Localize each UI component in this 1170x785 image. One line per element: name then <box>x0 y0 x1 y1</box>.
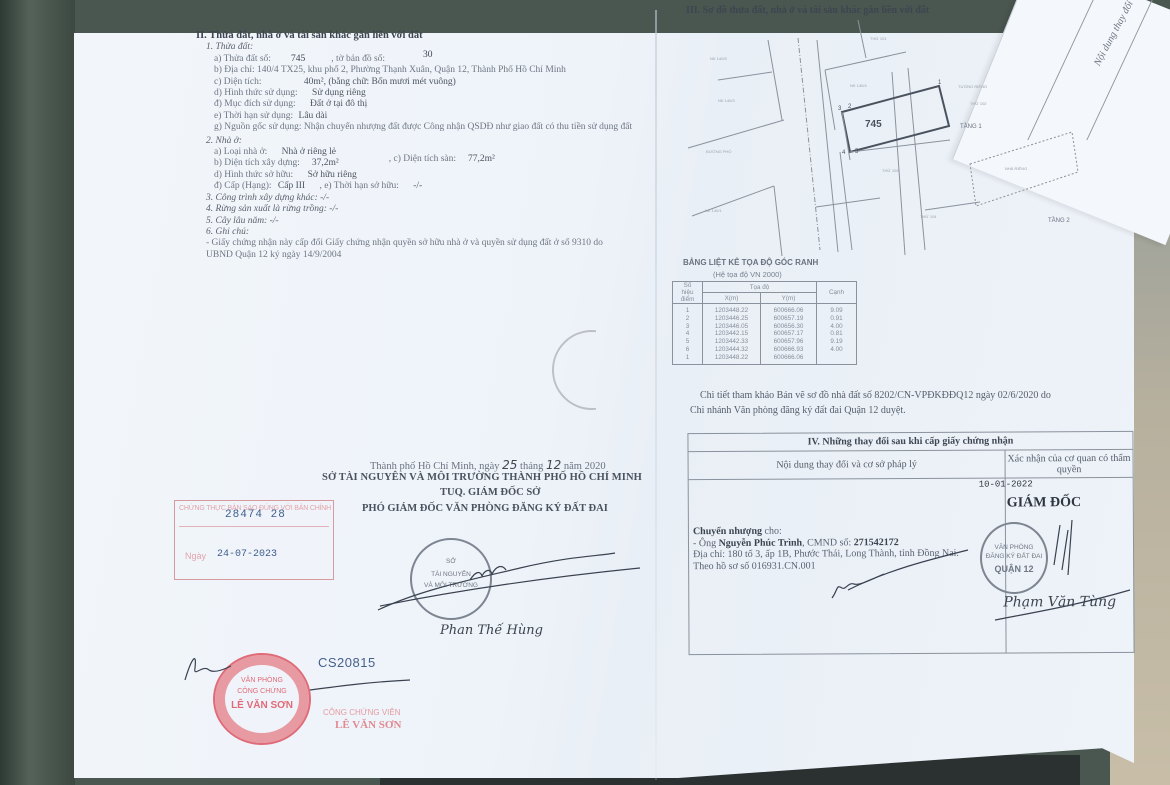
ownership-label: d) Hình thức sở hữu: <box>214 170 293 180</box>
term-label: e) Thời hạn sử dụng: <box>214 111 293 121</box>
signing-date: Thành phố Hồ Chí Minh, ngày 25 tháng 12 … <box>370 458 606 472</box>
area-row: c) Diện tích: 40m², (bằng chữ: Bốn mươi … <box>196 77 636 88</box>
address-label: b) Địa chỉ: <box>214 65 255 75</box>
term-value: Lâu dài <box>299 111 328 121</box>
coord-cell-point: 4 <box>673 330 703 338</box>
use-form-value: Sử dụng riêng <box>312 88 366 98</box>
forest: 4. Rừng sản xuất là rừng trồng: -/- <box>196 204 636 215</box>
transferee-name: Nguyễn Phúc Trình <box>719 537 803 548</box>
transferee-address: Địa chỉ: 180 tổ 3, ấp 1B, Phước Thái, Lo… <box>693 548 973 561</box>
id-number: 271542172 <box>854 537 899 548</box>
coord-cell-y: 600657.19 <box>761 315 817 323</box>
notary-title: CÔNG CHỨNG VIÊN <box>323 708 401 717</box>
department-seal: SỞ TÀI NGUYÊN VÀ MÔI TRƯỜNG <box>410 538 492 620</box>
coord-cell-x: 1203446.05 <box>703 323 761 331</box>
coord-cell-point: 2 <box>673 315 703 323</box>
svg-text:THỬ 102: THỬ 102 <box>970 101 987 106</box>
coord-cell-y: 600666.06 <box>761 354 817 364</box>
use-form-label: d) Hình thức sử dụng: <box>214 88 298 98</box>
coord-cell-y: 600656.30 <box>761 323 817 331</box>
coord-table-title: BẢNG LIỆT KÊ TỌA ĐỘ GÓC RANH <box>683 258 818 267</box>
coord-cell-edge <box>817 354 857 364</box>
floor1-label: TẦNG 1 <box>960 123 982 130</box>
coord-cell-edge: 9.19 <box>817 338 857 346</box>
point-4-label: 4 <box>842 150 846 156</box>
notes-text: - Giấy chứng nhận này cấp đổi Giấy chứng… <box>196 238 606 261</box>
copy-stamp-number: 28474 28 <box>225 509 286 521</box>
origin-value: Nhận chuyển nhượng đất được Công nhận QS… <box>304 122 632 132</box>
person-prefix: - Ông <box>693 538 719 549</box>
seal-line-3: QUẬN 12 <box>982 564 1046 574</box>
area-value: 40m², (bằng chữ: Bốn mươi mét vuông) <box>304 77 456 87</box>
date-year: năm 2020 <box>564 461 606 472</box>
col-x: X(m) <box>703 293 761 304</box>
ownership-row: d) Hình thức sở hữu: Sở hữu riêng <box>196 170 636 181</box>
section-iv-title: IV. Những thay đổi sau khi cấp giấy chứn… <box>688 432 1132 452</box>
coord-cell-x: 1203442.33 <box>703 338 761 346</box>
build-area-value: 37,2m² <box>312 158 339 169</box>
origin-row: g) Nguồn gốc sử dụng: Nhận chuyển nhượng… <box>196 122 636 133</box>
section-iii-title: III. Sơ đồ thửa đất, nhà ở và tài sản kh… <box>686 5 929 16</box>
coord-cell-y: 600666.93 <box>761 346 817 354</box>
change-entry: Chuyển nhượng cho: - Ông Nguyễn Phúc Trì… <box>689 479 1007 655</box>
coord-cell-y: 600666.06 <box>761 304 817 315</box>
floor-area-value: 77,2m² <box>468 154 495 165</box>
coord-row: 31203446.05600656.304.00 <box>673 323 857 331</box>
svg-text:THỬ 104: THỬ 104 <box>920 214 937 219</box>
parcel-number: 745 <box>291 54 305 65</box>
date-month: 12 <box>546 458 561 472</box>
coord-cell-point: 1 <box>673 304 703 315</box>
col-point: Số hiệu điểm <box>673 282 703 304</box>
notary-seal-line-1: VĂN PHÒNG <box>215 677 309 684</box>
parcel-diagram: NK 140/5 NK 140/3 ĐƯỜNG PHỐ NK 140/1 THỬ… <box>680 20 1110 260</box>
coord-cell-x: 1203444.32 <box>703 346 761 354</box>
area-label: c) Diện tích: <box>214 77 261 87</box>
house-type-label: a) Loại nhà ở: <box>214 147 267 157</box>
coord-cell-edge: 4.00 <box>817 346 857 354</box>
copy-stamp-date-label: Ngày <box>185 551 206 561</box>
transfer-suffix: cho: <box>762 526 782 537</box>
notary-code: CS20815 <box>318 655 376 670</box>
notary-seal-line-2: CÔNG CHỨNG <box>215 688 309 695</box>
house-type-value: Nhà ở riêng lẻ <box>282 147 336 157</box>
map-sheet-label: , tờ bản đồ số: <box>331 54 385 65</box>
coord-cell-point: 6 <box>673 346 703 354</box>
coord-cell-x: 1203446.25 <box>703 315 761 323</box>
house-heading: 2. Nhà ở: <box>196 136 636 147</box>
notary-name: LÊ VĂN SƠN <box>335 719 401 731</box>
seal-line-3: VÀ MÔI TRƯỜNG <box>412 582 490 589</box>
coord-cell-edge: 0.91 <box>817 315 857 323</box>
col-content-header: Nội dung thay đổi và cơ sở pháp lý <box>689 451 1006 480</box>
coord-cell-edge: 9.09 <box>817 304 857 315</box>
confirm-signer: Phạm Văn Tùng <box>1003 594 1116 611</box>
perennial-trees: 5. Cây lâu năm: -/- <box>196 216 636 227</box>
point-1-label: 1 <box>938 80 942 86</box>
coord-cell-x: 1203442.15 <box>703 330 761 338</box>
grade-row: đ) Cấp (Hạng): Cấp III , e) Thời hạn sở … <box>196 181 636 192</box>
point-3-label: 3 <box>838 106 842 112</box>
transfer-label: Chuyển nhượng <box>693 526 762 537</box>
section-ii: II. Thửa đất, nhà ở và tài sản khác gắn … <box>196 30 636 261</box>
parcel-row: a) Thửa đất số: 745 , tờ bản đồ số: 30 <box>196 54 636 65</box>
date-prefix: Thành phố Hồ Chí Minh, ngày <box>370 461 500 472</box>
svg-text:ĐƯỜNG PHỐ: ĐƯỜNG PHỐ <box>706 149 732 154</box>
own-term-value: -/- <box>413 181 422 191</box>
coord-cell-x: 1203448.22 <box>703 304 761 315</box>
notary-seal: VĂN PHÒNG CÔNG CHỨNG LÊ VĂN SƠN <box>213 653 311 745</box>
coord-row: 51203442.33600657.969.19 <box>673 338 857 346</box>
certified-copy-stamp: CHỨNG THỰC BẢN SAO ĐÚNG VỚI BẢN CHÍNH 28… <box>174 500 334 580</box>
coord-cell-edge: 0.81 <box>817 330 857 338</box>
grade-label: đ) Cấp (Hạng): <box>214 181 272 191</box>
date-day: 25 <box>502 458 517 472</box>
svg-text:THỬ 103: THỬ 103 <box>882 168 899 173</box>
grade-value: Cấp III <box>278 181 305 191</box>
svg-text:TƯỜNG RIÊNG: TƯỜNG RIÊNG <box>958 84 987 89</box>
notes-heading: 6. Ghi chú: <box>196 227 636 238</box>
origin-label: g) Nguồn gốc sử dụng: <box>214 122 301 132</box>
coord-cell-y: 600657.17 <box>761 330 817 338</box>
confirm-date: 10-01-2022 <box>979 479 1033 489</box>
coord-cell-y: 600657.96 <box>761 338 817 346</box>
coordinate-table: Số hiệu điểm Tọa độ Cạnh X(m) Y(m) 11203… <box>672 281 857 365</box>
confirm-title: GIÁM ĐỐC <box>1007 495 1081 511</box>
coord-cell-point: 3 <box>673 323 703 331</box>
id-label: , CMND số: <box>802 537 854 548</box>
seal-line-1: VĂN PHÒNG <box>982 544 1046 551</box>
issuer-signer: Phan Thế Hùng <box>440 623 543 638</box>
reference-note: Chi tiết tham khảo Bản vẽ sơ đồ nhà đất … <box>690 388 1060 418</box>
purpose-row: đ) Mục đích sử dụng: Đất ở tại đô thị <box>196 99 636 110</box>
coord-row: 61203444.32600666.934.00 <box>673 346 857 354</box>
svg-text:THỬ 101: THỬ 101 <box>870 36 887 41</box>
coord-row: 21203446.25600657.190.91 <box>673 315 857 323</box>
col-confirm-header: Xác nhận của cơ quan có thẩm quyền <box>1006 450 1133 478</box>
purpose-label: đ) Mục đích sử dụng: <box>214 99 296 109</box>
address-row: b) Địa chỉ: 140/4 TX25, khu phố 2, Phườn… <box>196 65 636 76</box>
use-form-row: d) Hình thức sử dụng: Sử dụng riêng <box>196 88 636 99</box>
seal-line-2: TÀI NGUYÊN <box>412 571 490 578</box>
svg-text:NK 140/5: NK 140/5 <box>710 56 727 61</box>
coord-row: 11203448.22600666.06 <box>673 354 857 364</box>
file-number: Theo hồ sơ số 016931.CN.001 <box>693 559 1005 572</box>
issuer-department: SỞ TÀI NGUYÊN VÀ MÔI TRƯỜNG THÀNH PHỐ HỒ… <box>322 472 642 483</box>
seal-line-1: SỞ <box>412 558 490 565</box>
parcel-number-label: 745 <box>865 119 882 130</box>
ownership-value: Sở hữu riêng <box>308 170 357 180</box>
copy-stamp-date: 24-07-2023 <box>217 549 277 560</box>
svg-text:NK 140/4: NK 140/4 <box>850 83 867 88</box>
address-value: 140/4 TX25, khu phố 2, Phường Thạnh Xuân… <box>257 65 566 75</box>
land-heading: 1. Thửa đất: <box>196 42 636 53</box>
coord-cell-edge: 4.00 <box>817 323 857 331</box>
svg-text:NK 140/1: NK 140/1 <box>705 208 722 213</box>
svg-text:NK 140/3: NK 140/3 <box>718 98 735 103</box>
floor-area-label: , c) Diện tích sàn: <box>389 154 456 165</box>
coord-cell-x: 1203448.22 <box>703 354 761 364</box>
coord-cell-point: 5 <box>673 338 703 346</box>
background-surface-left <box>0 0 75 785</box>
other-works: 3. Công trình xây dựng khác: -/- <box>196 193 636 204</box>
notary-seal-line-3: LÊ VĂN SƠN <box>215 700 309 711</box>
col-coord: Tọa độ <box>703 282 817 293</box>
issuer-authority: TUQ. GIÁM ĐỐC SỞ <box>440 487 540 498</box>
seal-line-2: ĐĂNG KÝ ĐẤT ĐAI <box>982 553 1046 560</box>
own-term-label: , e) Thời hạn sở hữu: <box>319 181 398 191</box>
svg-text:NHÀ RIÊNG: NHÀ RIÊNG <box>1005 166 1027 171</box>
coord-row: 41203442.15600657.170.81 <box>673 330 857 338</box>
section-iv-table: IV. Những thay đổi sau khi cấp giấy chứn… <box>687 431 1134 655</box>
floor2-label: TẦNG 2 <box>1048 217 1070 224</box>
page-fold-line <box>655 10 657 780</box>
build-area-row: b) Diện tích xây dựng: 37,2m² , c) Diện … <box>196 158 636 169</box>
col-y: Y(m) <box>761 293 817 304</box>
month-label: tháng <box>520 461 543 472</box>
section-ii-title: II. Thửa đất, nhà ở và tài sản khác gắn … <box>196 30 636 41</box>
term-row: e) Thời hạn sử dụng: Lâu dài <box>196 111 636 122</box>
col-edge: Cạnh <box>817 282 857 304</box>
district12-office-seal: VĂN PHÒNG ĐĂNG KÝ ĐẤT ĐAI QUẬN 12 <box>980 522 1048 594</box>
coord-table-subtitle: (Hệ tọa độ VN 2000) <box>713 270 782 279</box>
coord-row: 11203448.22600666.069.09 <box>673 304 857 315</box>
build-area-label: b) Diện tích xây dựng: <box>214 158 300 169</box>
coord-cell-point: 1 <box>673 354 703 364</box>
purpose-value: Đất ở tại đô thị <box>310 99 367 109</box>
map-sheet-number: 30 <box>423 50 433 61</box>
parcel-label: a) Thửa đất số: <box>214 54 271 65</box>
issuer-position: PHÓ GIÁM ĐỐC VĂN PHÒNG ĐĂNG KÝ ĐẤT ĐAI <box>362 503 608 514</box>
